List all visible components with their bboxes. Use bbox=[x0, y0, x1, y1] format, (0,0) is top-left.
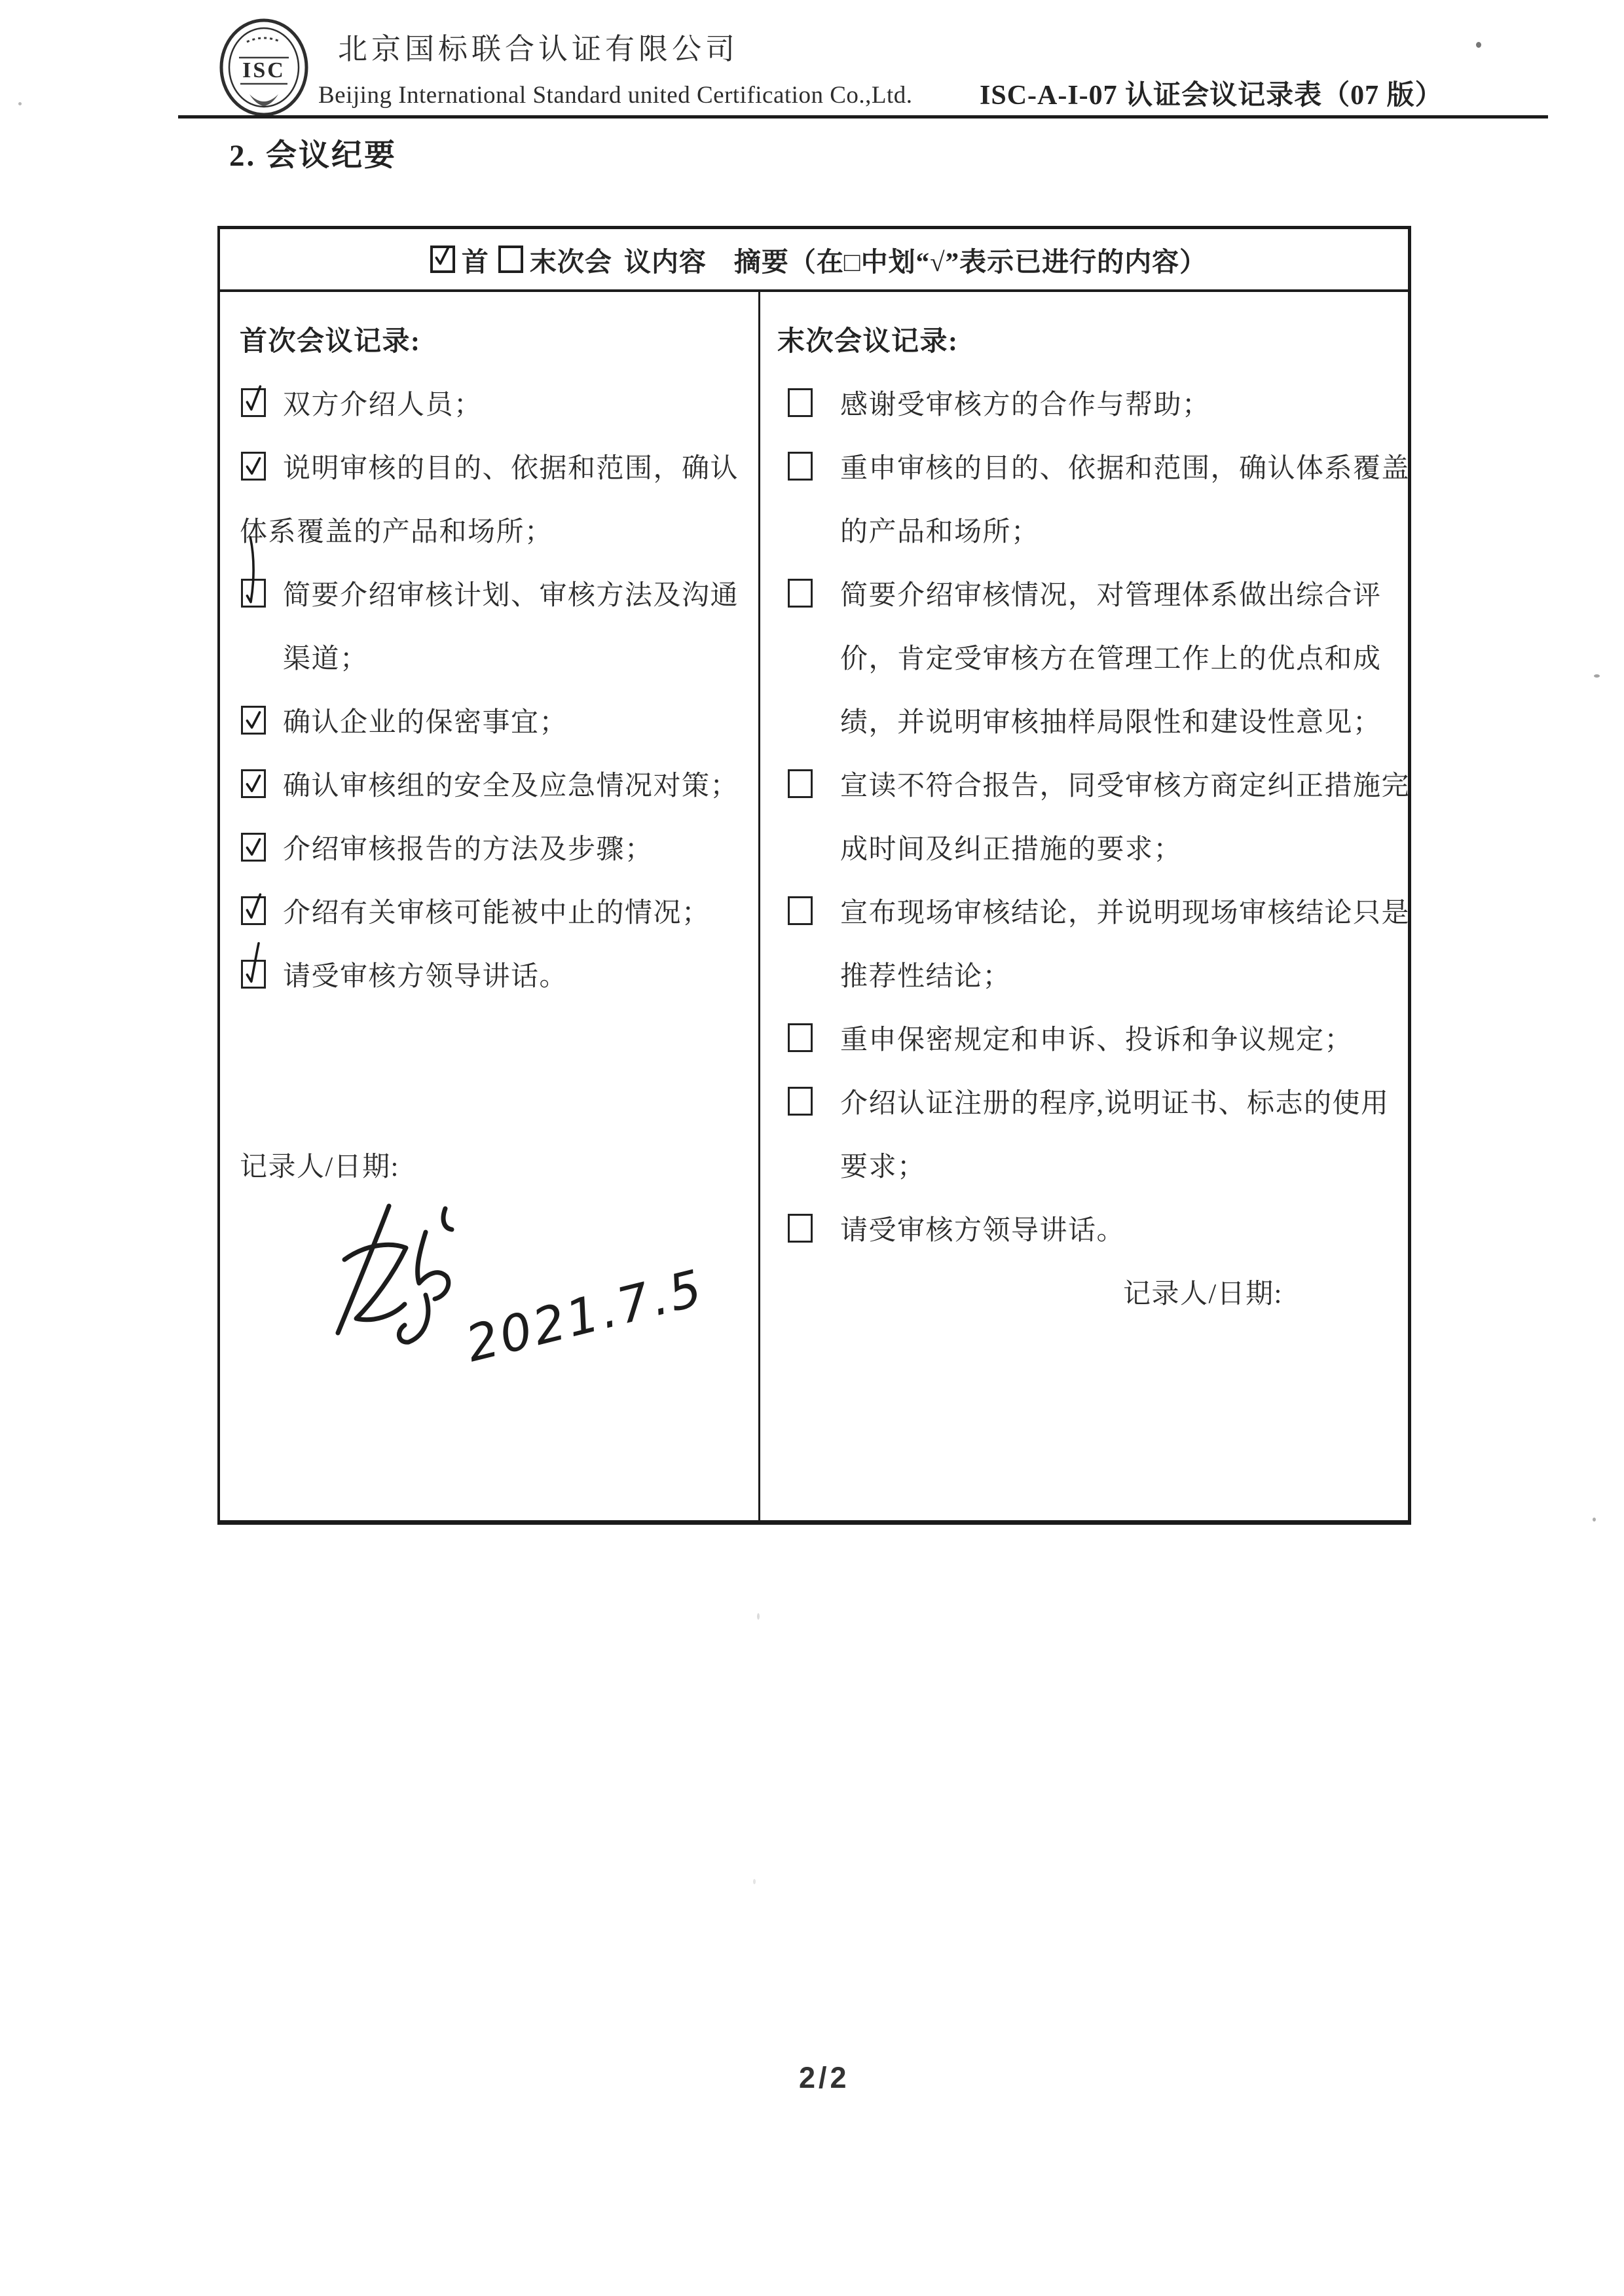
item-text: 介绍审核报告的方法及步骤； bbox=[283, 828, 654, 867]
last-meeting-column: 末次会议记录:感谢受审核方的合作与帮助；重申审核的目的、依据和范围，确认体系覆盖… bbox=[758, 292, 1408, 1522]
logo-text: ISC bbox=[242, 58, 286, 82]
empty-checkbox bbox=[788, 388, 813, 417]
item-text: 简要介绍审核计划、审核方法及沟通 bbox=[283, 574, 739, 613]
company-name-cn: 北京国标联合认证有限公司 bbox=[338, 25, 739, 67]
scan-speck bbox=[1476, 42, 1481, 48]
column-title: 末次会议记录: bbox=[777, 319, 959, 359]
recorder-label: 记录人/日期: bbox=[1123, 1272, 1283, 1311]
checklist-line: 体系覆盖的产品和场所； bbox=[220, 498, 758, 561]
check-icon bbox=[243, 390, 264, 415]
signature-date: 2021.7.5 bbox=[460, 1258, 710, 1373]
table-header-row: 首 末次会 议内容 摘要（在□中划“√”表示已进行的内容） bbox=[220, 229, 1408, 292]
item-text: 请受审核方领导讲话。 bbox=[283, 955, 568, 994]
checked-checkbox bbox=[241, 579, 266, 608]
checklist-line: 成时间及纠正措施的要求； bbox=[760, 815, 1408, 879]
item-text: 要求； bbox=[840, 1145, 926, 1184]
empty-checkbox bbox=[788, 452, 813, 481]
recorder-label: 记录人/日期: bbox=[240, 1145, 399, 1184]
recorder-row: 记录人/日期: bbox=[220, 1133, 758, 1196]
checklist-line: 要求； bbox=[760, 1133, 1408, 1196]
item-text: 双方介绍人员； bbox=[283, 383, 483, 422]
item-text: 确认审核组的安全及应急情况对策； bbox=[283, 764, 739, 803]
checklist-line: 重申保密规定和申诉、投诉和争议规定； bbox=[760, 1006, 1408, 1069]
item-text: 渠道； bbox=[283, 637, 369, 676]
item-text: 的产品和场所； bbox=[840, 510, 1040, 549]
checked-checkbox bbox=[241, 833, 266, 862]
empty-checkbox bbox=[788, 1214, 813, 1243]
check-icon bbox=[243, 962, 264, 987]
scan-speck bbox=[1593, 1518, 1596, 1522]
table-header-text: 末次会 bbox=[530, 240, 612, 279]
check-icon bbox=[433, 248, 452, 270]
checked-checkbox bbox=[241, 769, 266, 798]
checklist-line: 的产品和场所； bbox=[760, 498, 1408, 561]
item-text: 感谢受审核方的合作与帮助； bbox=[840, 383, 1211, 422]
empty-checkbox bbox=[498, 246, 523, 273]
scanned-document-page: ISC 北京国标联合认证有限公司 Beijing International S… bbox=[0, 0, 1624, 2296]
item-text: 重申保密规定和申诉、投诉和争议规定； bbox=[840, 1018, 1353, 1057]
checked-checkbox bbox=[241, 452, 266, 481]
item-text: 绩，并说明审核抽样局限性和建设性意见； bbox=[840, 701, 1382, 740]
checklist-line: 请受审核方领导讲话。 bbox=[760, 1196, 1408, 1260]
item-text: 重申审核的目的、依据和范围，确认体系覆盖 bbox=[840, 446, 1410, 486]
scan-speck bbox=[753, 1879, 756, 1884]
scan-speck bbox=[1594, 674, 1600, 678]
checked-checkbox bbox=[241, 706, 266, 735]
item-text: 介绍认证注册的程序,说明证书、标志的使用 bbox=[840, 1082, 1390, 1121]
checklist-line: 简要介绍审核计划、审核方法及沟通 bbox=[220, 561, 758, 625]
checked-checkbox bbox=[241, 388, 266, 417]
item-text: 宣读不符合报告，同受审核方商定纠正措施完 bbox=[840, 764, 1410, 803]
item-text: 请受审核方领导讲话。 bbox=[840, 1209, 1125, 1248]
empty-checkbox bbox=[788, 896, 813, 925]
empty-checkbox bbox=[788, 579, 813, 608]
check-icon bbox=[243, 708, 264, 733]
item-text: 确认企业的保密事宜； bbox=[283, 701, 568, 740]
checked-checkbox bbox=[430, 246, 455, 273]
checklist-line: 重申审核的目的、依据和范围，确认体系覆盖 bbox=[760, 434, 1408, 498]
checklist-line: 宣布现场审核结论，并说明现场审核结论只是 bbox=[760, 879, 1408, 942]
column-title-row: 末次会议记录: bbox=[760, 307, 1408, 371]
column-title-row: 首次会议记录: bbox=[220, 307, 758, 371]
blank-line bbox=[220, 1006, 758, 1069]
table-header-first-label: 首 bbox=[462, 240, 489, 279]
item-text: 价，肯定受审核方在管理工作上的优点和成 bbox=[840, 637, 1382, 676]
header-divider bbox=[178, 115, 1548, 118]
checklist-line: 宣读不符合报告，同受审核方商定纠正措施完 bbox=[760, 752, 1408, 815]
item-text: 介绍有关审核可能被中止的情况； bbox=[283, 891, 710, 930]
isc-logo: ISC bbox=[218, 17, 310, 121]
checklist-line: 请受审核方领导讲话。 bbox=[220, 942, 758, 1006]
checklist-line: 绩，并说明审核抽样局限性和建设性意见； bbox=[760, 688, 1408, 752]
checklist-line: 双方介绍人员； bbox=[220, 371, 758, 434]
empty-checkbox bbox=[788, 1087, 813, 1116]
checklist-line: 介绍审核报告的方法及步骤； bbox=[220, 815, 758, 879]
item-text: 体系覆盖的产品和场所； bbox=[240, 510, 553, 549]
checked-checkbox bbox=[241, 896, 266, 925]
check-icon bbox=[243, 835, 264, 860]
checklist-line: 感谢受审核方的合作与帮助； bbox=[760, 371, 1408, 434]
column-title: 首次会议记录: bbox=[240, 319, 421, 359]
checklist-line: 推荐性结论； bbox=[760, 942, 1408, 1006]
page-number: 2/2 bbox=[799, 2061, 850, 2095]
checklist-line: 渠道； bbox=[220, 625, 758, 688]
recorder-row: 记录人/日期: bbox=[760, 1260, 1408, 1323]
item-text: 推荐性结论； bbox=[840, 955, 1011, 994]
checklist-line: 价，肯定受审核方在管理工作上的优点和成 bbox=[760, 625, 1408, 688]
section-title: 2. 会议纪要 bbox=[229, 131, 397, 175]
document-code: ISC-A-I-07 认证会议记录表（07 版） bbox=[980, 73, 1443, 113]
checklist-line: 确认审核组的安全及应急情况对策； bbox=[220, 752, 758, 815]
checklist-line: 确认企业的保密事宜； bbox=[220, 688, 758, 752]
check-icon bbox=[243, 898, 264, 923]
check-icon bbox=[243, 454, 264, 479]
empty-checkbox bbox=[788, 1023, 813, 1052]
checklist-line: 说明审核的目的、依据和范围，确认 bbox=[220, 434, 758, 498]
item-text: 说明审核的目的、依据和范围，确认 bbox=[283, 446, 739, 486]
blank-line bbox=[220, 1069, 758, 1133]
scan-speck bbox=[757, 1613, 760, 1620]
check-icon bbox=[243, 581, 264, 606]
empty-checkbox bbox=[788, 769, 813, 798]
item-text: 宣布现场审核结论，并说明现场审核结论只是 bbox=[840, 891, 1410, 930]
checked-checkbox bbox=[241, 960, 266, 989]
item-text: 简要介绍审核情况，对管理体系做出综合评 bbox=[840, 574, 1382, 613]
checklist-line: 介绍认证注册的程序,说明证书、标志的使用 bbox=[760, 1069, 1408, 1133]
table-header-rest: 议内容 摘要（在□中划“√”表示已进行的内容） bbox=[624, 240, 1207, 279]
scan-speck bbox=[18, 102, 22, 105]
handwritten-signature: 2021.7.5 bbox=[326, 1197, 693, 1393]
checklist-line: 简要介绍审核情况，对管理体系做出综合评 bbox=[760, 561, 1408, 625]
checklist-line: 介绍有关审核可能被中止的情况； bbox=[220, 879, 758, 942]
company-name-en: Beijing International Standard united Ce… bbox=[318, 81, 913, 109]
item-text: 成时间及纠正措施的要求； bbox=[840, 828, 1182, 867]
check-icon bbox=[243, 771, 264, 796]
